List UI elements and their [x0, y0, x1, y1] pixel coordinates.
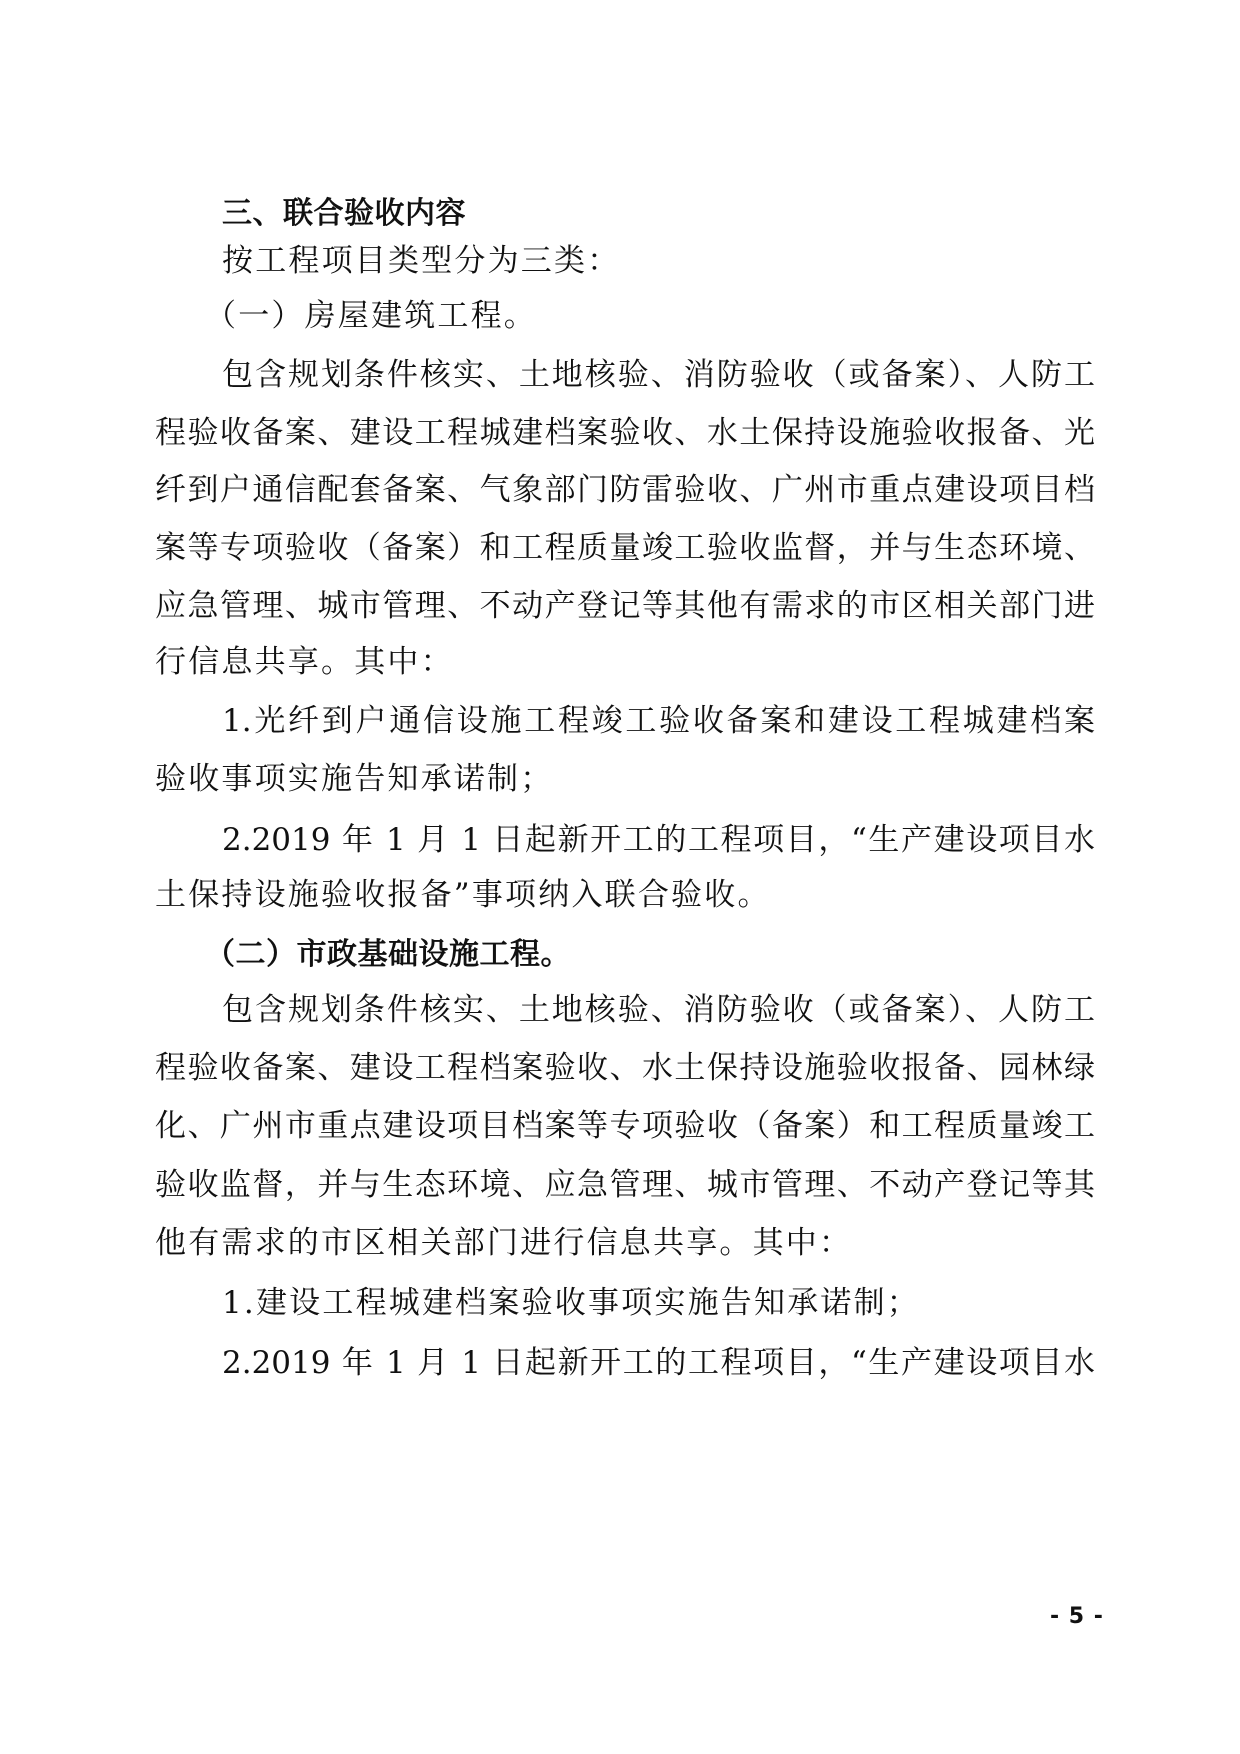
paragraph-line: 验收监督，并与生态环境、应急管理、城市管理、不动产登记等其 — [155, 1165, 1095, 1205]
paragraph-line: 行信息共享。其中： — [155, 642, 1095, 682]
paragraph-line: 程验收备案、建设工程档案验收、水土保持设施验收报备、园林绿 — [155, 1048, 1095, 1088]
paragraph-line: 包含规划条件核实、土地核验、消防验收（或备案）、人防工 — [222, 355, 1095, 395]
page-number: - 5 - — [1050, 1604, 1104, 1629]
list-item-line: 1.建设工程城建档案验收事项实施告知承诺制； — [222, 1283, 1095, 1323]
paragraph-line: 案等专项验收（备案）和工程质量竣工验收监督，并与生态环境、 — [155, 528, 1095, 568]
paragraph-line: 纤到户通信配套备案、气象部门防雷验收、广州市重点建设项目档 — [155, 470, 1095, 510]
intro-text: 按工程项目类型分为三类： — [222, 241, 1095, 281]
section-heading: 三、联合验收内容 — [222, 194, 1095, 234]
paragraph-line: 程验收备案、建设工程城建档案验收、水土保持设施验收报备、光 — [155, 413, 1095, 453]
list-item-line: 2.2019 年 1 月 1 日起新开工的工程项目，“生产建设项目水 — [222, 820, 1095, 860]
subsection-title-1: （一）房屋建筑工程。 — [205, 296, 1078, 336]
list-item-line: 2.2019 年 1 月 1 日起新开工的工程项目，“生产建设项目水 — [222, 1343, 1095, 1383]
paragraph-line: 包含规划条件核实、土地核验、消防验收（或备案）、人防工 — [222, 990, 1095, 1030]
list-item-line: 1.光纤到户通信设施工程竣工验收备案和建设工程城建档案 — [222, 701, 1095, 741]
list-item-line: 验收事项实施告知承诺制； — [155, 759, 1095, 799]
paragraph-line: 他有需求的市区相关部门进行信息共享。其中： — [155, 1223, 1095, 1263]
list-item-line: 土保持设施验收报备”事项纳入联合验收。 — [155, 875, 1095, 915]
subsection-title-2: （二）市政基础设施工程。 — [205, 935, 1078, 975]
paragraph-line: 应急管理、城市管理、不动产登记等其他有需求的市区相关部门进 — [155, 586, 1095, 626]
document-page: 三、联合验收内容 按工程项目类型分为三类： （一）房屋建筑工程。 包含规划条件核… — [0, 0, 1240, 1754]
paragraph-line: 化、广州市重点建设项目档案等专项验收（备案）和工程质量竣工 — [155, 1106, 1095, 1146]
